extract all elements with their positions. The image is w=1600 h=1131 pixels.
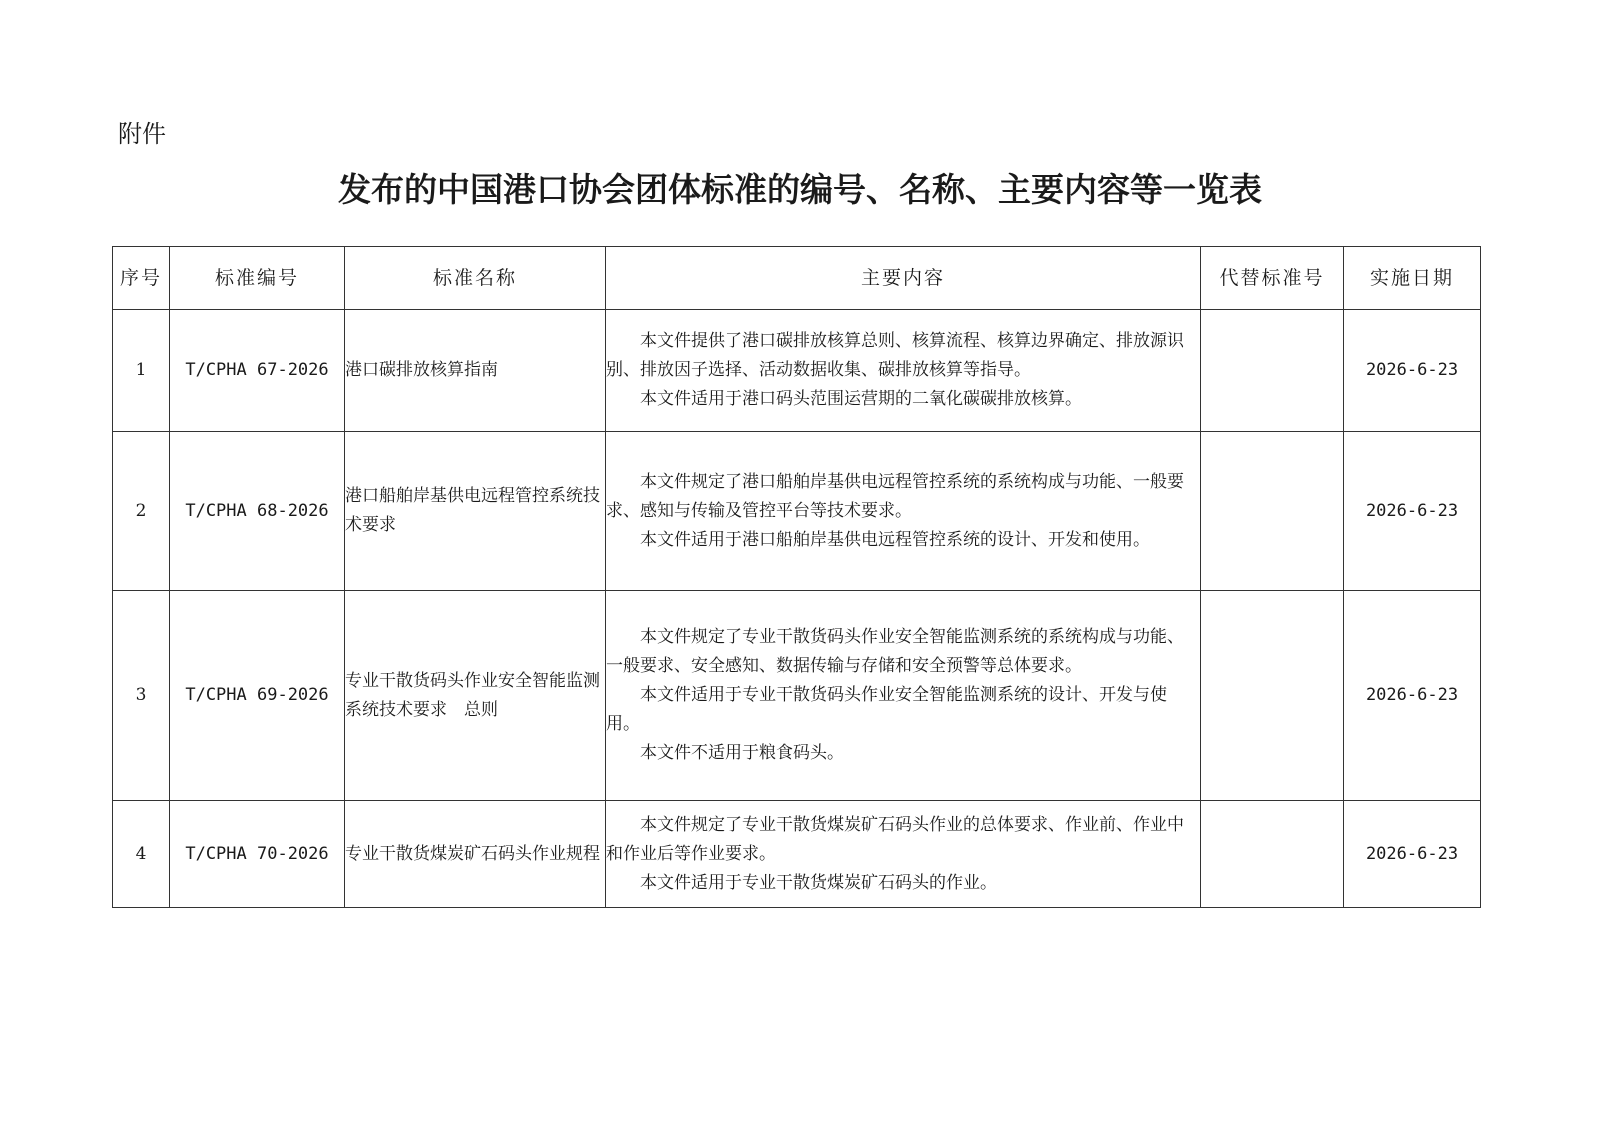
- row-replaces: [1201, 591, 1344, 801]
- row-name: 港口船舶岸基供电远程管控系统技术要求: [345, 432, 606, 591]
- row-index: 1: [113, 310, 170, 432]
- content-paragraph: 本文件不适用于粮食码头。: [606, 739, 1200, 768]
- standards-table: 序号 标准编号 标准名称 主要内容 代替标准号 实施日期 1 T/CPHA 67…: [112, 246, 1481, 908]
- header-name: 标准名称: [345, 247, 606, 310]
- row-replaces: [1201, 801, 1344, 908]
- table-row: 4 T/CPHA 70-2026 专业干散货煤炭矿石码头作业规程 本文件规定了专…: [113, 801, 1481, 908]
- table-header-row: 序号 标准编号 标准名称 主要内容 代替标准号 实施日期: [113, 247, 1481, 310]
- header-replaces: 代替标准号: [1201, 247, 1344, 310]
- row-replaces: [1201, 432, 1344, 591]
- document-title: 发布的中国港口协会团体标准的编号、名称、主要内容等一览表: [0, 164, 1600, 211]
- row-content: 本文件规定了专业干散货煤炭矿石码头作业的总体要求、作业前、作业中和作业后等作业要…: [606, 801, 1201, 908]
- row-name: 港口碳排放核算指南: [345, 310, 606, 432]
- row-name: 专业干散货煤炭矿石码头作业规程: [345, 801, 606, 908]
- header-index: 序号: [113, 247, 170, 310]
- row-index: 4: [113, 801, 170, 908]
- table-row: 1 T/CPHA 67-2026 港口碳排放核算指南 本文件提供了港口碳排放核算…: [113, 310, 1481, 432]
- row-effective-date: 2026-6-23: [1344, 310, 1481, 432]
- row-effective-date: 2026-6-23: [1344, 591, 1481, 801]
- content-paragraph: 本文件适用于专业干散货码头作业安全智能监测系统的设计、开发与使用。: [606, 681, 1200, 739]
- content-paragraph: 本文件适用于港口船舶岸基供电远程管控系统的设计、开发和使用。: [606, 526, 1200, 555]
- content-paragraph: 本文件规定了专业干散货煤炭矿石码头作业的总体要求、作业前、作业中和作业后等作业要…: [606, 811, 1200, 869]
- content-paragraph: 本文件规定了港口船舶岸基供电远程管控系统的系统构成与功能、一般要求、感知与传输及…: [606, 468, 1200, 526]
- row-index: 2: [113, 432, 170, 591]
- header-content: 主要内容: [606, 247, 1201, 310]
- table-row: 3 T/CPHA 69-2026 专业干散货码头作业安全智能监测系统技术要求 总…: [113, 591, 1481, 801]
- row-index: 3: [113, 591, 170, 801]
- content-paragraph: 本文件提供了港口碳排放核算总则、核算流程、核算边界确定、排放源识别、排放因子选择…: [606, 327, 1200, 385]
- row-name: 专业干散货码头作业安全智能监测系统技术要求 总则: [345, 591, 606, 801]
- row-content: 本文件规定了港口船舶岸基供电远程管控系统的系统构成与功能、一般要求、感知与传输及…: [606, 432, 1201, 591]
- row-content: 本文件提供了港口碳排放核算总则、核算流程、核算边界确定、排放源识别、排放因子选择…: [606, 310, 1201, 432]
- table-row: 2 T/CPHA 68-2026 港口船舶岸基供电远程管控系统技术要求 本文件规…: [113, 432, 1481, 591]
- attachment-label: 附件: [118, 114, 166, 149]
- content-paragraph: 本文件适用于专业干散货煤炭矿石码头的作业。: [606, 869, 1200, 898]
- header-effective-date: 实施日期: [1344, 247, 1481, 310]
- row-replaces: [1201, 310, 1344, 432]
- row-code: T/CPHA 69-2026: [170, 591, 345, 801]
- row-content: 本文件规定了专业干散货码头作业安全智能监测系统的系统构成与功能、一般要求、安全感…: [606, 591, 1201, 801]
- row-code: T/CPHA 67-2026: [170, 310, 345, 432]
- row-code: T/CPHA 68-2026: [170, 432, 345, 591]
- row-effective-date: 2026-6-23: [1344, 432, 1481, 591]
- header-code: 标准编号: [170, 247, 345, 310]
- row-effective-date: 2026-6-23: [1344, 801, 1481, 908]
- content-paragraph: 本文件适用于港口码头范围运营期的二氧化碳碳排放核算。: [606, 385, 1200, 414]
- content-paragraph: 本文件规定了专业干散货码头作业安全智能监测系统的系统构成与功能、一般要求、安全感…: [606, 623, 1200, 681]
- row-code: T/CPHA 70-2026: [170, 801, 345, 908]
